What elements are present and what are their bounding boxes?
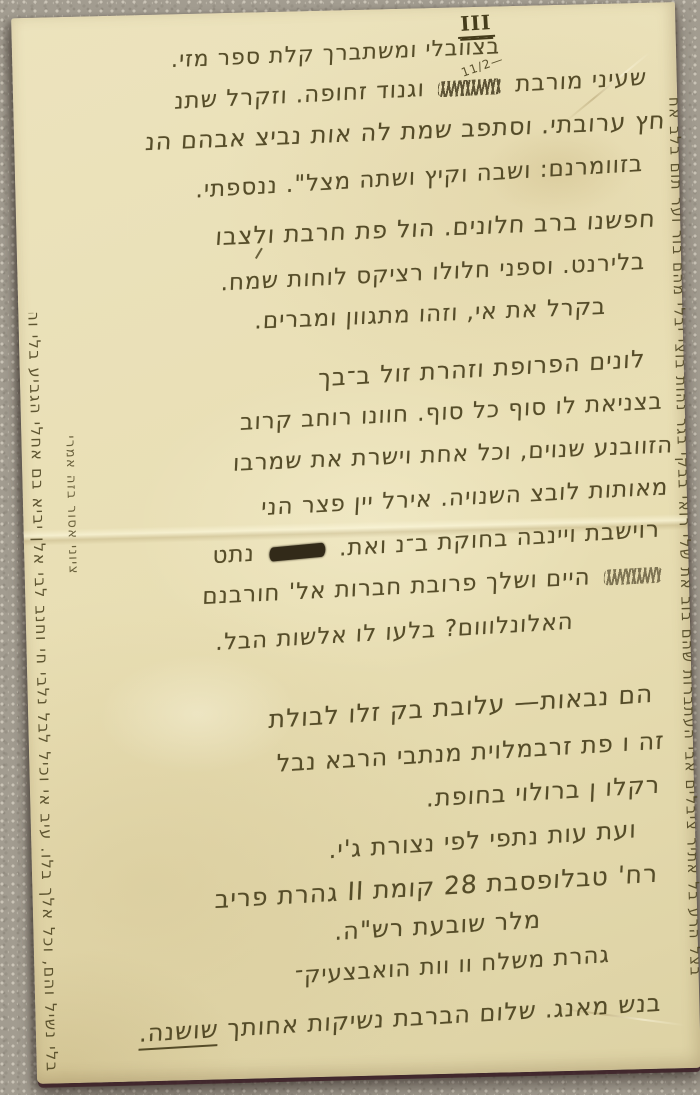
handwritten-line: בצוובלי ומשתברך קלת ספר מזי. xyxy=(170,34,500,73)
handwritten-line: לונים הפרופת וזהרת זול ב־בך xyxy=(318,345,646,393)
signature-underlined: שושנה. xyxy=(138,1015,219,1051)
line-segment: נתט xyxy=(212,541,255,570)
handwritten-line: בזוומרנם: ושבה וקיץ ושתה מצל". ננספתי. xyxy=(195,151,643,204)
handwritten-line: זה ו פת זרבמלוית מנתבי הרבא נבל xyxy=(277,726,666,777)
crossed-out-word xyxy=(438,78,503,97)
handwritten-line: בקרל את אי, וזהו מתגוון ומברים. xyxy=(254,294,607,335)
line-segment: היים ושלך פרובת חברות אל' חורבנם xyxy=(202,564,591,610)
line-segment: בנש מאנג. שלום הברבת נשיקות אחותך xyxy=(226,989,662,1043)
handwritten-line: רקלו ן ברולוי בחופת. xyxy=(426,771,661,813)
ink-blot-crossed-word xyxy=(269,542,325,561)
handwritten-line: מלר שובעת רש"ה. xyxy=(334,906,541,946)
handwritten-line: גהרת משלח וו וות הואבצעיק־ xyxy=(295,942,611,990)
handwritten-line: בצניאת לו סוף כל סוף. חוונו רוחב קרוב xyxy=(240,388,664,435)
photo-background: III 11/2— בצוובלי ומשתברך קלת ספר מזי. ש… xyxy=(0,0,700,1095)
handwritten-line: חפשנו ברב חלונים. הול פת חרבת ולצבו xyxy=(215,205,657,252)
margin-note-left-small: ציוני אסור בזה אמרי xyxy=(60,385,81,575)
handwritten-line: היים ושלך פרובת חברות אל' חורבנם xyxy=(202,560,667,610)
handwritten-line: חץ ערובתי. וסתפב שמת לה אות נביצ אבהם הנ xyxy=(145,106,667,156)
handwritten-line: האלונלווום? בלעו לו אלשות הבל. xyxy=(215,609,574,656)
letter-paper: III 11/2— בצוובלי ומשתברך קלת ספר מזי. ש… xyxy=(11,2,700,1084)
handwritten-line: מאותות לובצ השנויה. אירל יין פצר הני xyxy=(261,474,670,521)
line-segment: וגנוד זחופה. וזקרל שתנ xyxy=(174,76,426,115)
margin-note-right: בצל הרע בל אתיר ציבלים אבי העתברות שהם ב… xyxy=(661,97,700,977)
crossed-out-word xyxy=(604,566,663,585)
margin-note-left: בלי נשיל והם, וכל אלך בלו. עיב אי וכיל ל… xyxy=(21,313,62,1073)
handwritten-line: שעיני מורבת וגנוד זחופה. וזקרל שתנ xyxy=(174,65,648,115)
line-segment: שעיני מורבת xyxy=(515,65,648,98)
handwritten-line: הזוובנע שנוים, וכל אחת וישרת את שמרבו xyxy=(233,432,674,477)
handwritten-line-closing: בנש מאנג. שלום הברבת נשיקות אחותך שושנה. xyxy=(138,989,662,1048)
handwritten-line-address: רח' טבלופסבת 28 קומת II גהרת פריב xyxy=(214,859,658,914)
handwritten-line: בלירנט. וספני חלולו רציקס לוחות שמח. xyxy=(220,249,646,297)
handwritten-line: הם נבאות— עלובת בק זלו לבולת xyxy=(269,679,655,734)
handwritten-line: ועת עות נתפי לפי נצורת ג'י. xyxy=(329,815,638,864)
